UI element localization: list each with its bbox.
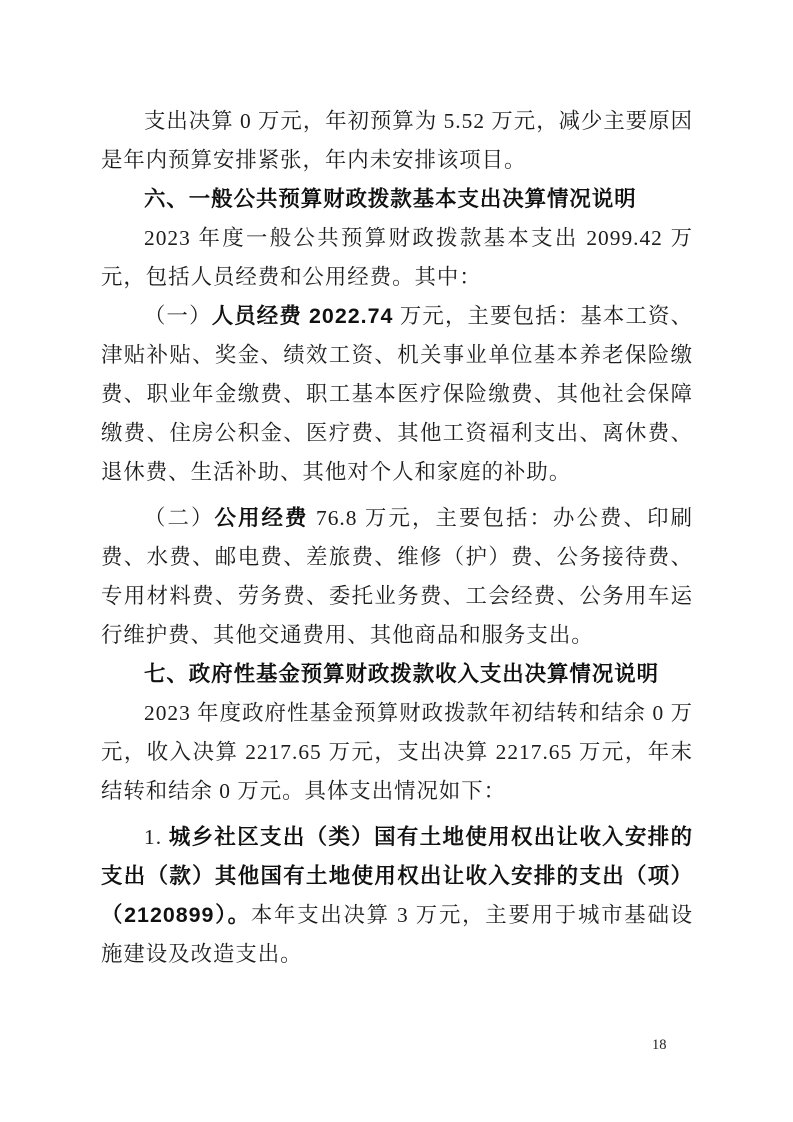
document-body: 支出决算 0 万元，年初预算为 5.52 万元，减少主要原因是年内预算安排紧张，…	[101, 102, 693, 974]
page-number: 18	[652, 1036, 667, 1054]
paragraph-body: （一）人员经费 2022.74 万元，主要包括：基本工资、津贴补贴、奖金、绩效工…	[101, 297, 693, 492]
section-heading: 六、一般公共预算财政拨款基本支出决算情况说明	[101, 180, 693, 219]
bold-text-run: 人员经费 2022.74	[212, 304, 394, 328]
paragraph-body: 2023 年度政府性基金预算财政拨款年初结转和结余 0 万元，收入决算 2217…	[101, 694, 693, 811]
text-run: 1.	[144, 825, 169, 849]
paragraph-body: （二）公用经费 76.8 万元，主要包括：办公费、印刷费、水费、邮电费、差旅费、…	[101, 499, 693, 655]
text-run: 2023 年度一般公共预算财政拨款基本支出 2099.42 万元，包括人员经费和…	[101, 226, 693, 289]
document-page: 支出决算 0 万元，年初预算为 5.52 万元，减少主要原因是年内预算安排紧张，…	[0, 0, 793, 1122]
section-heading: 七、政府性基金预算财政拨款收入支出决算情况说明	[101, 655, 693, 694]
text-run: （二）	[144, 506, 215, 530]
text-run: （一）	[144, 304, 212, 328]
text-run: 2023 年度政府性基金预算财政拨款年初结转和结余 0 万元，收入决算 2217…	[101, 701, 693, 803]
text-run: 万元，主要包括：基本工资、津贴补贴、奖金、绩效工资、机关事业单位基本养老保险缴费…	[101, 304, 693, 484]
paragraph-body: 1. 城乡社区支出（类）国有土地使用权出让收入安排的支出（款）其他国有土地使用权…	[101, 818, 693, 974]
paragraph-body: 支出决算 0 万元，年初预算为 5.52 万元，减少主要原因是年内预算安排紧张，…	[101, 102, 693, 180]
paragraph-body: 2023 年度一般公共预算财政拨款基本支出 2099.42 万元，包括人员经费和…	[101, 219, 693, 297]
bold-text-run: 七、政府性基金预算财政拨款收入支出决算情况说明	[144, 662, 659, 686]
text-run: 支出决算 0 万元，年初预算为 5.52 万元，减少主要原因是年内预算安排紧张，…	[101, 109, 693, 172]
bold-text-run: 六、一般公共预算财政拨款基本支出决算情况说明	[144, 187, 637, 211]
bold-text-run: 公用经费	[215, 506, 309, 530]
